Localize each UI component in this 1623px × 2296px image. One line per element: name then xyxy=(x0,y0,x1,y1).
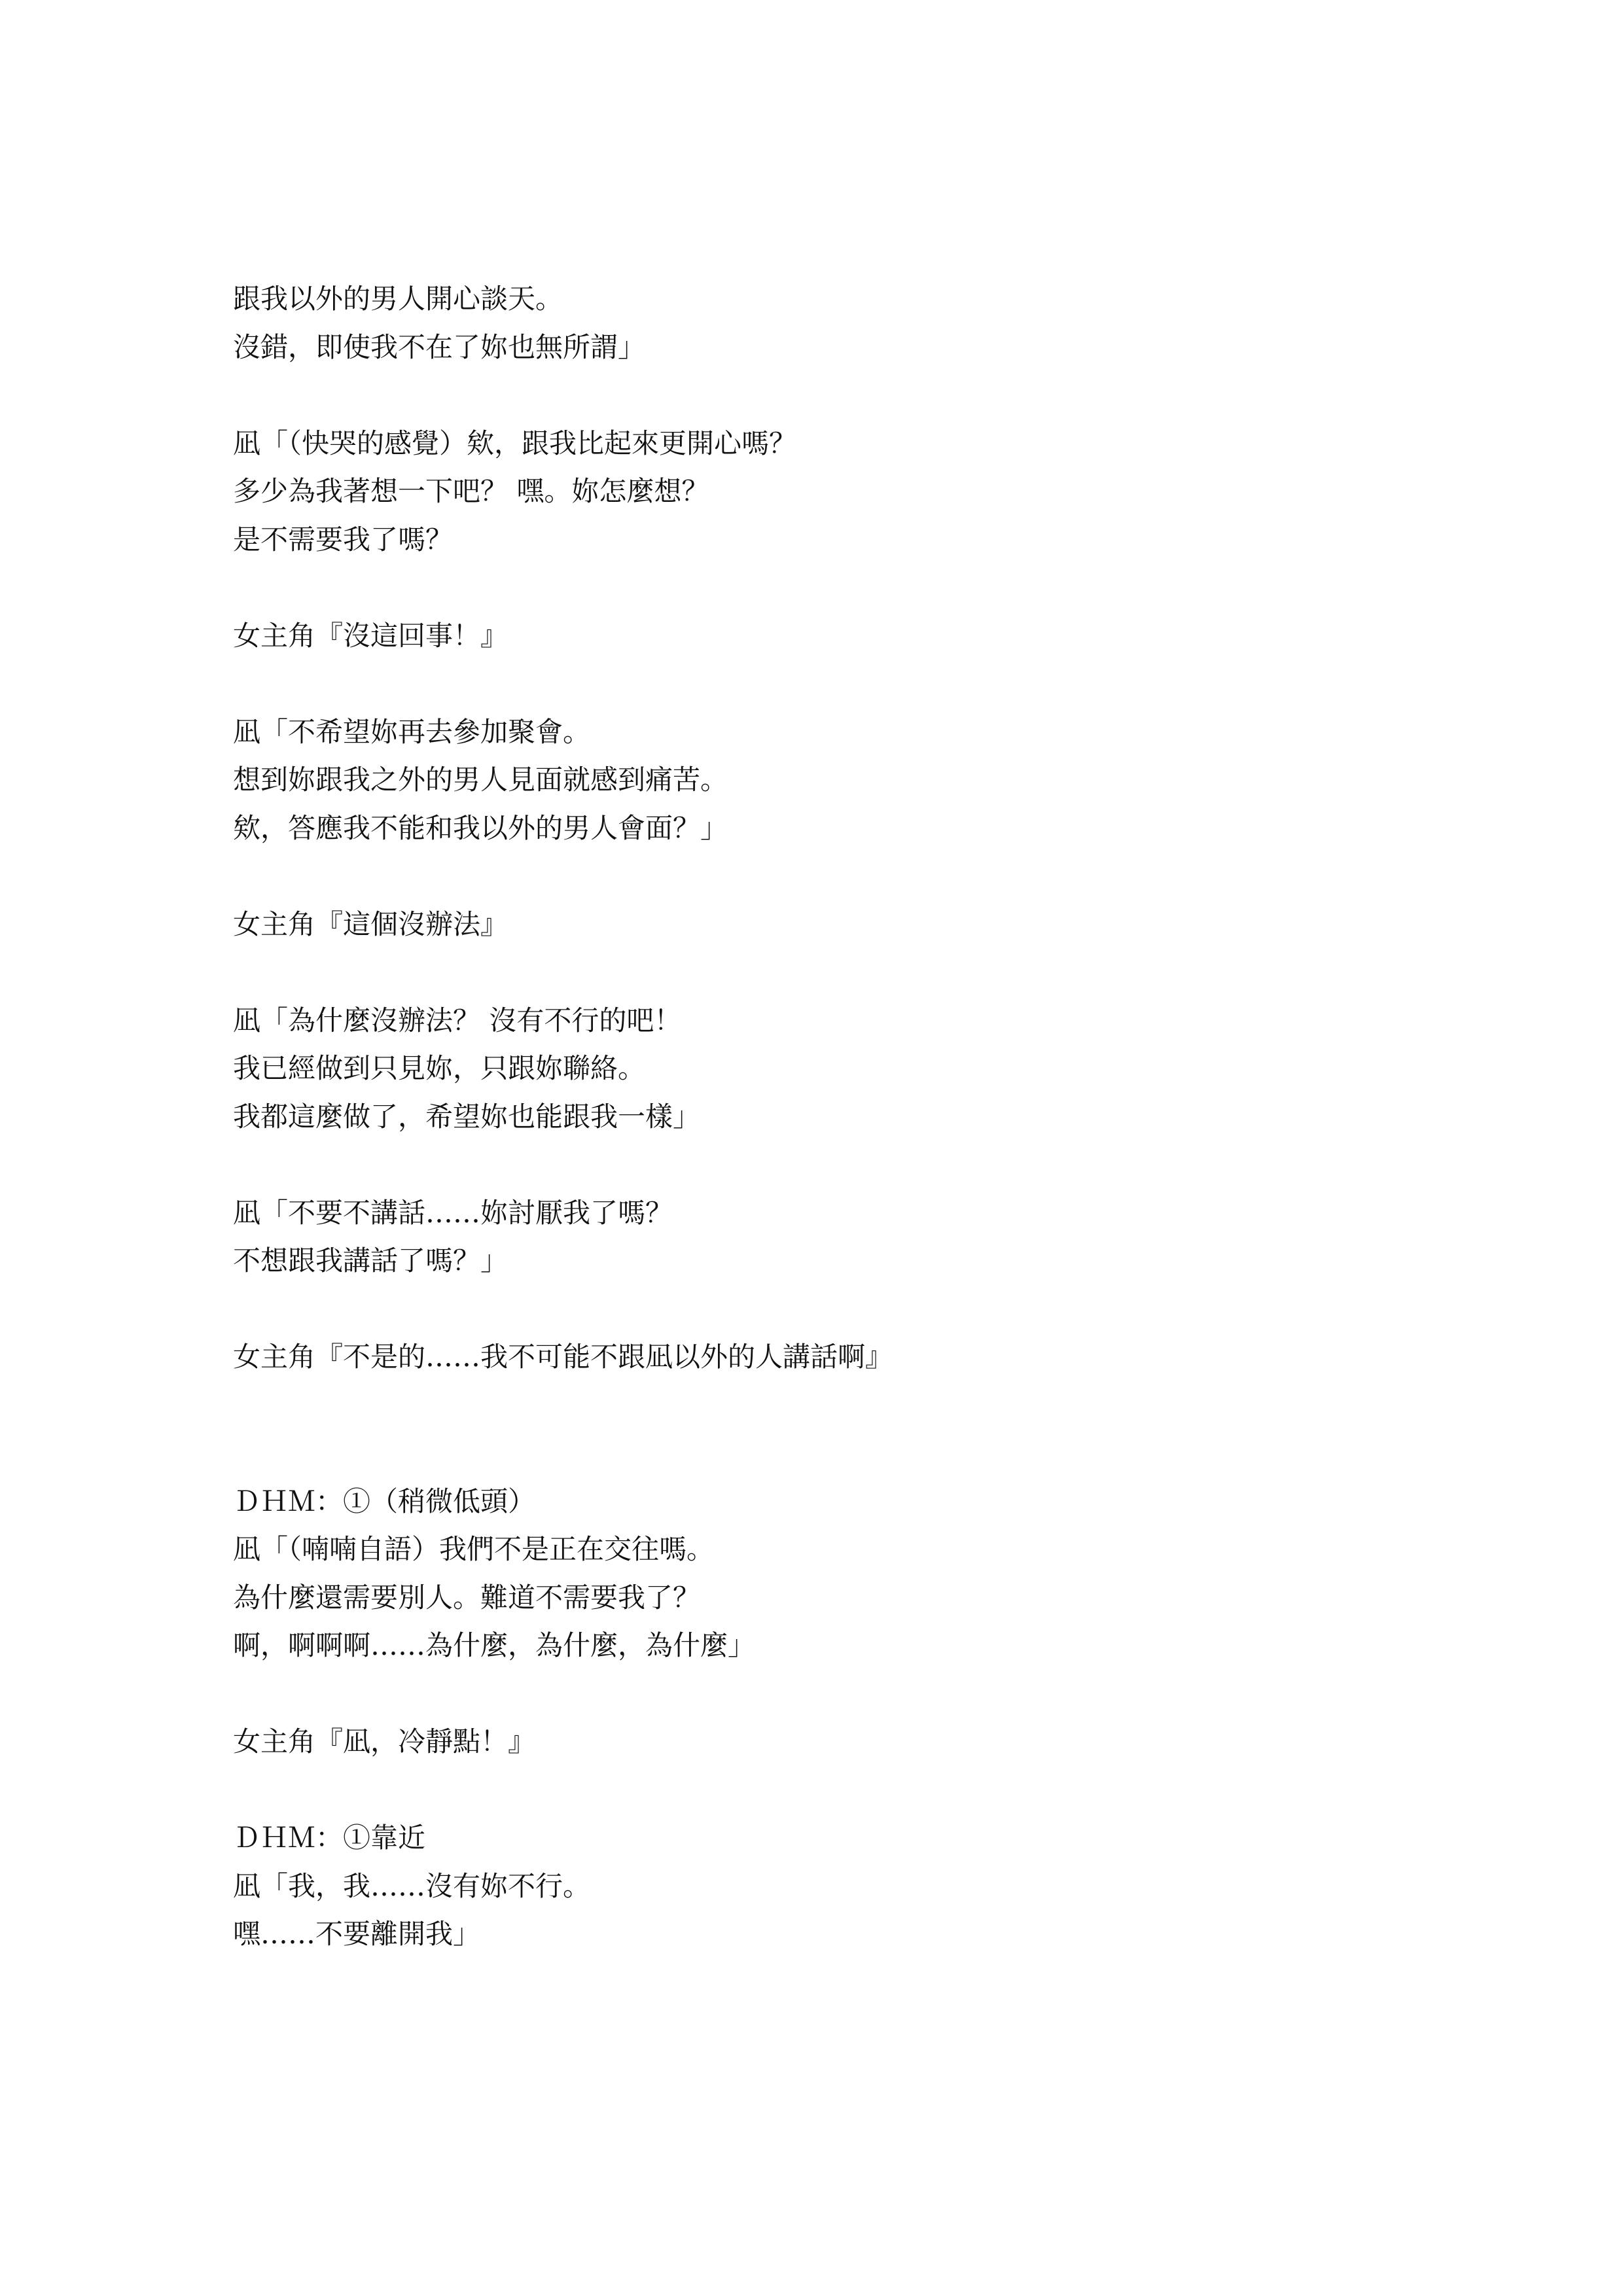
blank-line xyxy=(233,660,893,708)
blank-line xyxy=(233,1766,893,1814)
blank-line xyxy=(233,1381,893,1430)
text-line: 女主角『不是的……我不可能不跟凪以外的人講話啊』 xyxy=(233,1333,893,1381)
text-line: 凪「不要不講話……妳討厭我了嗎？ xyxy=(233,1189,893,1237)
text-line: 想到妳跟我之外的男人見面就感到痛苦。 xyxy=(233,756,893,804)
text-line: 凪「為什麼沒辦法？ 沒有不行的吧！ xyxy=(233,997,893,1045)
text-line: 多少為我著想一下吧？ 嘿。妳怎麼想？ xyxy=(233,467,893,516)
blank-line xyxy=(233,563,893,612)
text-line: 女主角『沒這回事！』 xyxy=(233,612,893,660)
text-line: 女主角『這個沒辦法』 xyxy=(233,900,893,949)
text-line: 不想跟我講話了嗎？」 xyxy=(233,1237,893,1285)
document-body: 跟我以外的男人開心談天。 沒錯，即使我不在了妳也無所謂」 凪「（快哭的感覺）欸，… xyxy=(233,275,893,1958)
text-line: 啊，啊啊啊……為什麼，為什麼，為什麼」 xyxy=(233,1621,893,1670)
stage-direction: ＤＨＭ：①靠近 xyxy=(233,1814,893,1862)
text-line: 凪「我，我……沒有妳不行。 xyxy=(233,1862,893,1911)
blank-line xyxy=(233,1429,893,1477)
text-line: 凪「（喃喃自語）我們不是正在交往嗎。 xyxy=(233,1525,893,1574)
text-line: 跟我以外的男人開心談天。 xyxy=(233,275,893,323)
text-line: 欸，答應我不能和我以外的男人會面？」 xyxy=(233,804,893,853)
text-line: 凪「不希望妳再去參加聚會。 xyxy=(233,708,893,756)
text-line: 我都這麼做了，希望妳也能跟我一樣」 xyxy=(233,1093,893,1141)
blank-line xyxy=(233,371,893,419)
text-line: 沒錯，即使我不在了妳也無所謂」 xyxy=(233,323,893,372)
blank-line xyxy=(233,852,893,900)
text-line: 女主角『凪，冷靜點！』 xyxy=(233,1718,893,1766)
text-line: 嘿……不要離開我」 xyxy=(233,1910,893,1958)
text-line: 我已經做到只見妳，只跟妳聯絡。 xyxy=(233,1044,893,1093)
text-line: 凪「（快哭的感覺）欸，跟我比起來更開心嗎？ xyxy=(233,419,893,468)
blank-line xyxy=(233,948,893,997)
blank-line xyxy=(233,1670,893,1718)
text-line: 為什麼還需要別人。難道不需要我了？ xyxy=(233,1574,893,1622)
blank-line xyxy=(233,1140,893,1189)
blank-line xyxy=(233,1285,893,1333)
text-line: 是不需要我了嗎？ xyxy=(233,516,893,564)
stage-direction: ＤＨＭ：①（稍微低頭） xyxy=(233,1477,893,1526)
